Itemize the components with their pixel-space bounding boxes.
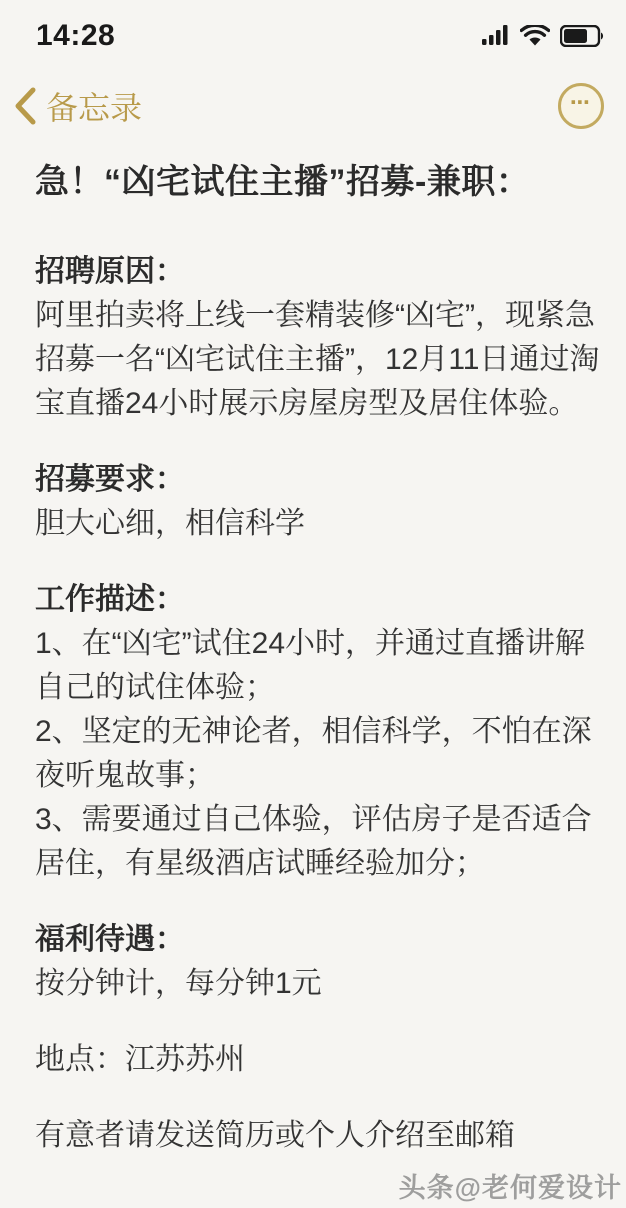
note-body[interactable]: 急！“凶宅试住主播”招募-兼职： 招聘原因： 阿里拍卖将上线一套精装修“凶宅”，… — [0, 150, 626, 1208]
job-item-1: 1、在“凶宅”试住24小时，并通过直播讲解自己的试住体验； — [35, 622, 602, 710]
section-apply: 有意者请发送简历或个人介绍至邮箱 — [35, 1114, 602, 1158]
wifi-icon — [520, 25, 550, 47]
ellipsis-icon: ⋯ — [570, 93, 592, 119]
status-time: 14:28 — [36, 19, 115, 53]
section-requirements: 招募要求： 胆大心细，相信科学 — [35, 458, 602, 546]
nav-bar: 备忘录 ⋯ — [0, 62, 626, 150]
back-label: 备忘录 — [46, 83, 142, 129]
section-text: 地点：江苏苏州 — [35, 1038, 602, 1082]
note-title: 急！“凶宅试住主播”招募-兼职： — [35, 158, 602, 206]
section-job-description: 工作描述： 1、在“凶宅”试住24小时，并通过直播讲解自己的试住体验； 2、坚定… — [35, 578, 602, 886]
more-options-button[interactable]: ⋯ — [558, 83, 604, 129]
section-recruit-reason: 招聘原因： 阿里拍卖将上线一套精装修“凶宅”，现紧急招募一名“凶宅试住主播”，1… — [35, 250, 602, 426]
section-location: 地点：江苏苏州 — [35, 1038, 602, 1082]
chevron-left-icon — [14, 87, 36, 125]
notes-app-screen: 14:28 备忘录 — [0, 0, 626, 1208]
battery-icon — [560, 25, 604, 47]
section-benefits: 福利待遇： 按分钟计，每分钟1元 — [35, 918, 602, 1006]
section-text: 阿里拍卖将上线一套精装修“凶宅”，现紧急招募一名“凶宅试住主播”，12月11日通… — [35, 294, 602, 426]
job-item-3: 3、需要通过自己体验，评估房子是否适合居住，有星级酒店试睡经验加分； — [35, 798, 602, 886]
section-text: 按分钟计，每分钟1元 — [35, 962, 602, 1006]
section-text: 胆大心细，相信科学 — [35, 502, 602, 546]
job-item-2: 2、坚定的无神论者，相信科学，不怕在深夜听鬼故事； — [35, 710, 602, 798]
watermark: 头条@老何爱设计 — [399, 1166, 622, 1205]
section-heading: 招聘原因： — [35, 250, 602, 294]
section-text: 有意者请发送简历或个人介绍至邮箱 — [35, 1114, 602, 1158]
status-icons — [482, 25, 604, 47]
back-button[interactable]: 备忘录 — [14, 83, 142, 129]
section-heading: 工作描述： — [35, 578, 602, 622]
section-heading: 福利待遇： — [35, 918, 602, 962]
cellular-signal-icon — [482, 25, 510, 47]
status-bar: 14:28 — [0, 0, 626, 62]
section-heading: 招募要求： — [35, 458, 602, 502]
